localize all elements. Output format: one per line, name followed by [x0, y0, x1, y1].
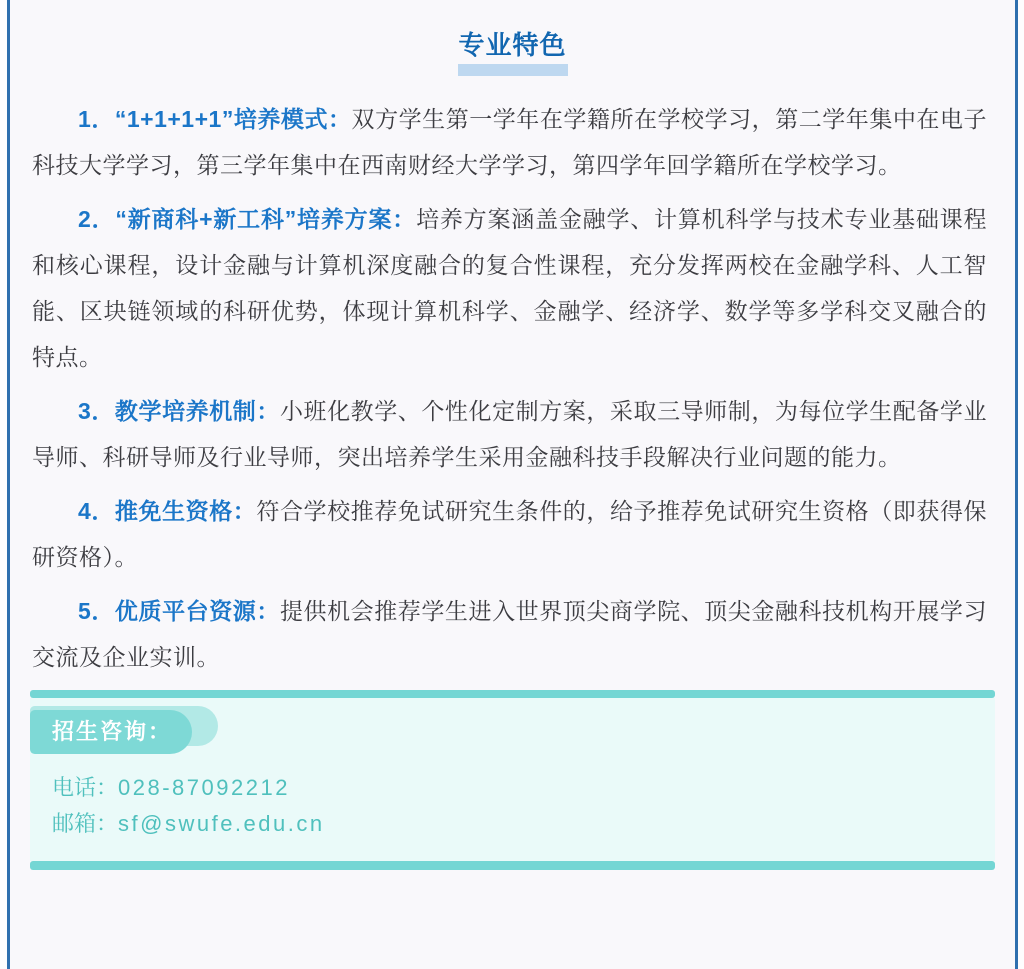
paragraph-lead: 2．“新商科+新工科”培养方案：	[78, 206, 416, 232]
paragraph-lead: 4．推免生资格：	[78, 498, 256, 524]
title-underline-bar	[458, 64, 568, 76]
contact-lines: 电话：028-87092212 邮箱：sf@swufe.edu.cn	[30, 770, 995, 842]
right-border-line	[1015, 0, 1018, 969]
contact-phone-line: 电话：028-87092212	[52, 770, 995, 806]
paragraph-lead: 3．教学培养机制：	[78, 398, 280, 424]
left-border-line	[7, 0, 10, 969]
email-address: sf@swufe.edu.cn	[118, 811, 325, 836]
teal-divider-top	[30, 690, 995, 698]
paragraph-postgrad-recommendation: 4．推免生资格：符合学校推荐免试研究生条件的，给予推荐免试研究生资格（即获得保研…	[32, 488, 987, 580]
phone-label: 电话：	[52, 775, 118, 800]
email-label: 邮箱：	[52, 811, 118, 836]
article-page: 专业特色 1．“1+1+1+1”培养模式：双方学生第一学年在学籍所在学校学习，第…	[0, 0, 1024, 969]
feature-paragraphs: 1．“1+1+1+1”培养模式：双方学生第一学年在学籍所在学校学习，第二学年集中…	[10, 96, 1015, 680]
paragraph-lead: 1．“1+1+1+1”培养模式：	[78, 106, 352, 132]
badge-label: 招生咨询：	[30, 710, 192, 754]
paragraph-training-plan: 2．“新商科+新工科”培养方案：培养方案涵盖金融学、计算机科学与技术专业基础课程…	[32, 196, 987, 380]
paragraph-platform-resources: 5．优质平台资源：提供机会推荐学生进入世界顶尖商学院、顶尖金融科技机构开展学习交…	[32, 588, 987, 680]
paragraph-lead: 5．优质平台资源：	[78, 598, 280, 624]
teal-divider-bottom	[30, 861, 995, 870]
paragraph-training-mode: 1．“1+1+1+1”培养模式：双方学生第一学年在学籍所在学校学习，第二学年集中…	[32, 96, 987, 188]
paragraph-teaching-mechanism: 3．教学培养机制：小班化教学、个性化定制方案，采取三导师制，为每位学生配备学业导…	[32, 388, 987, 480]
page-title: 专业特色	[458, 30, 566, 60]
contact-email-line: 邮箱：sf@swufe.edu.cn	[52, 806, 995, 842]
admission-badge: 招生咨询：	[30, 706, 250, 754]
admission-contact-section: 招生咨询： 电话：028-87092212 邮箱：sf@swufe.edu.cn	[30, 698, 995, 861]
section-title-block: 专业特色	[10, 30, 1015, 76]
phone-number: 028-87092212	[118, 775, 290, 800]
article-content: 专业特色 1．“1+1+1+1”培养模式：双方学生第一学年在学籍所在学校学习，第…	[10, 0, 1015, 969]
